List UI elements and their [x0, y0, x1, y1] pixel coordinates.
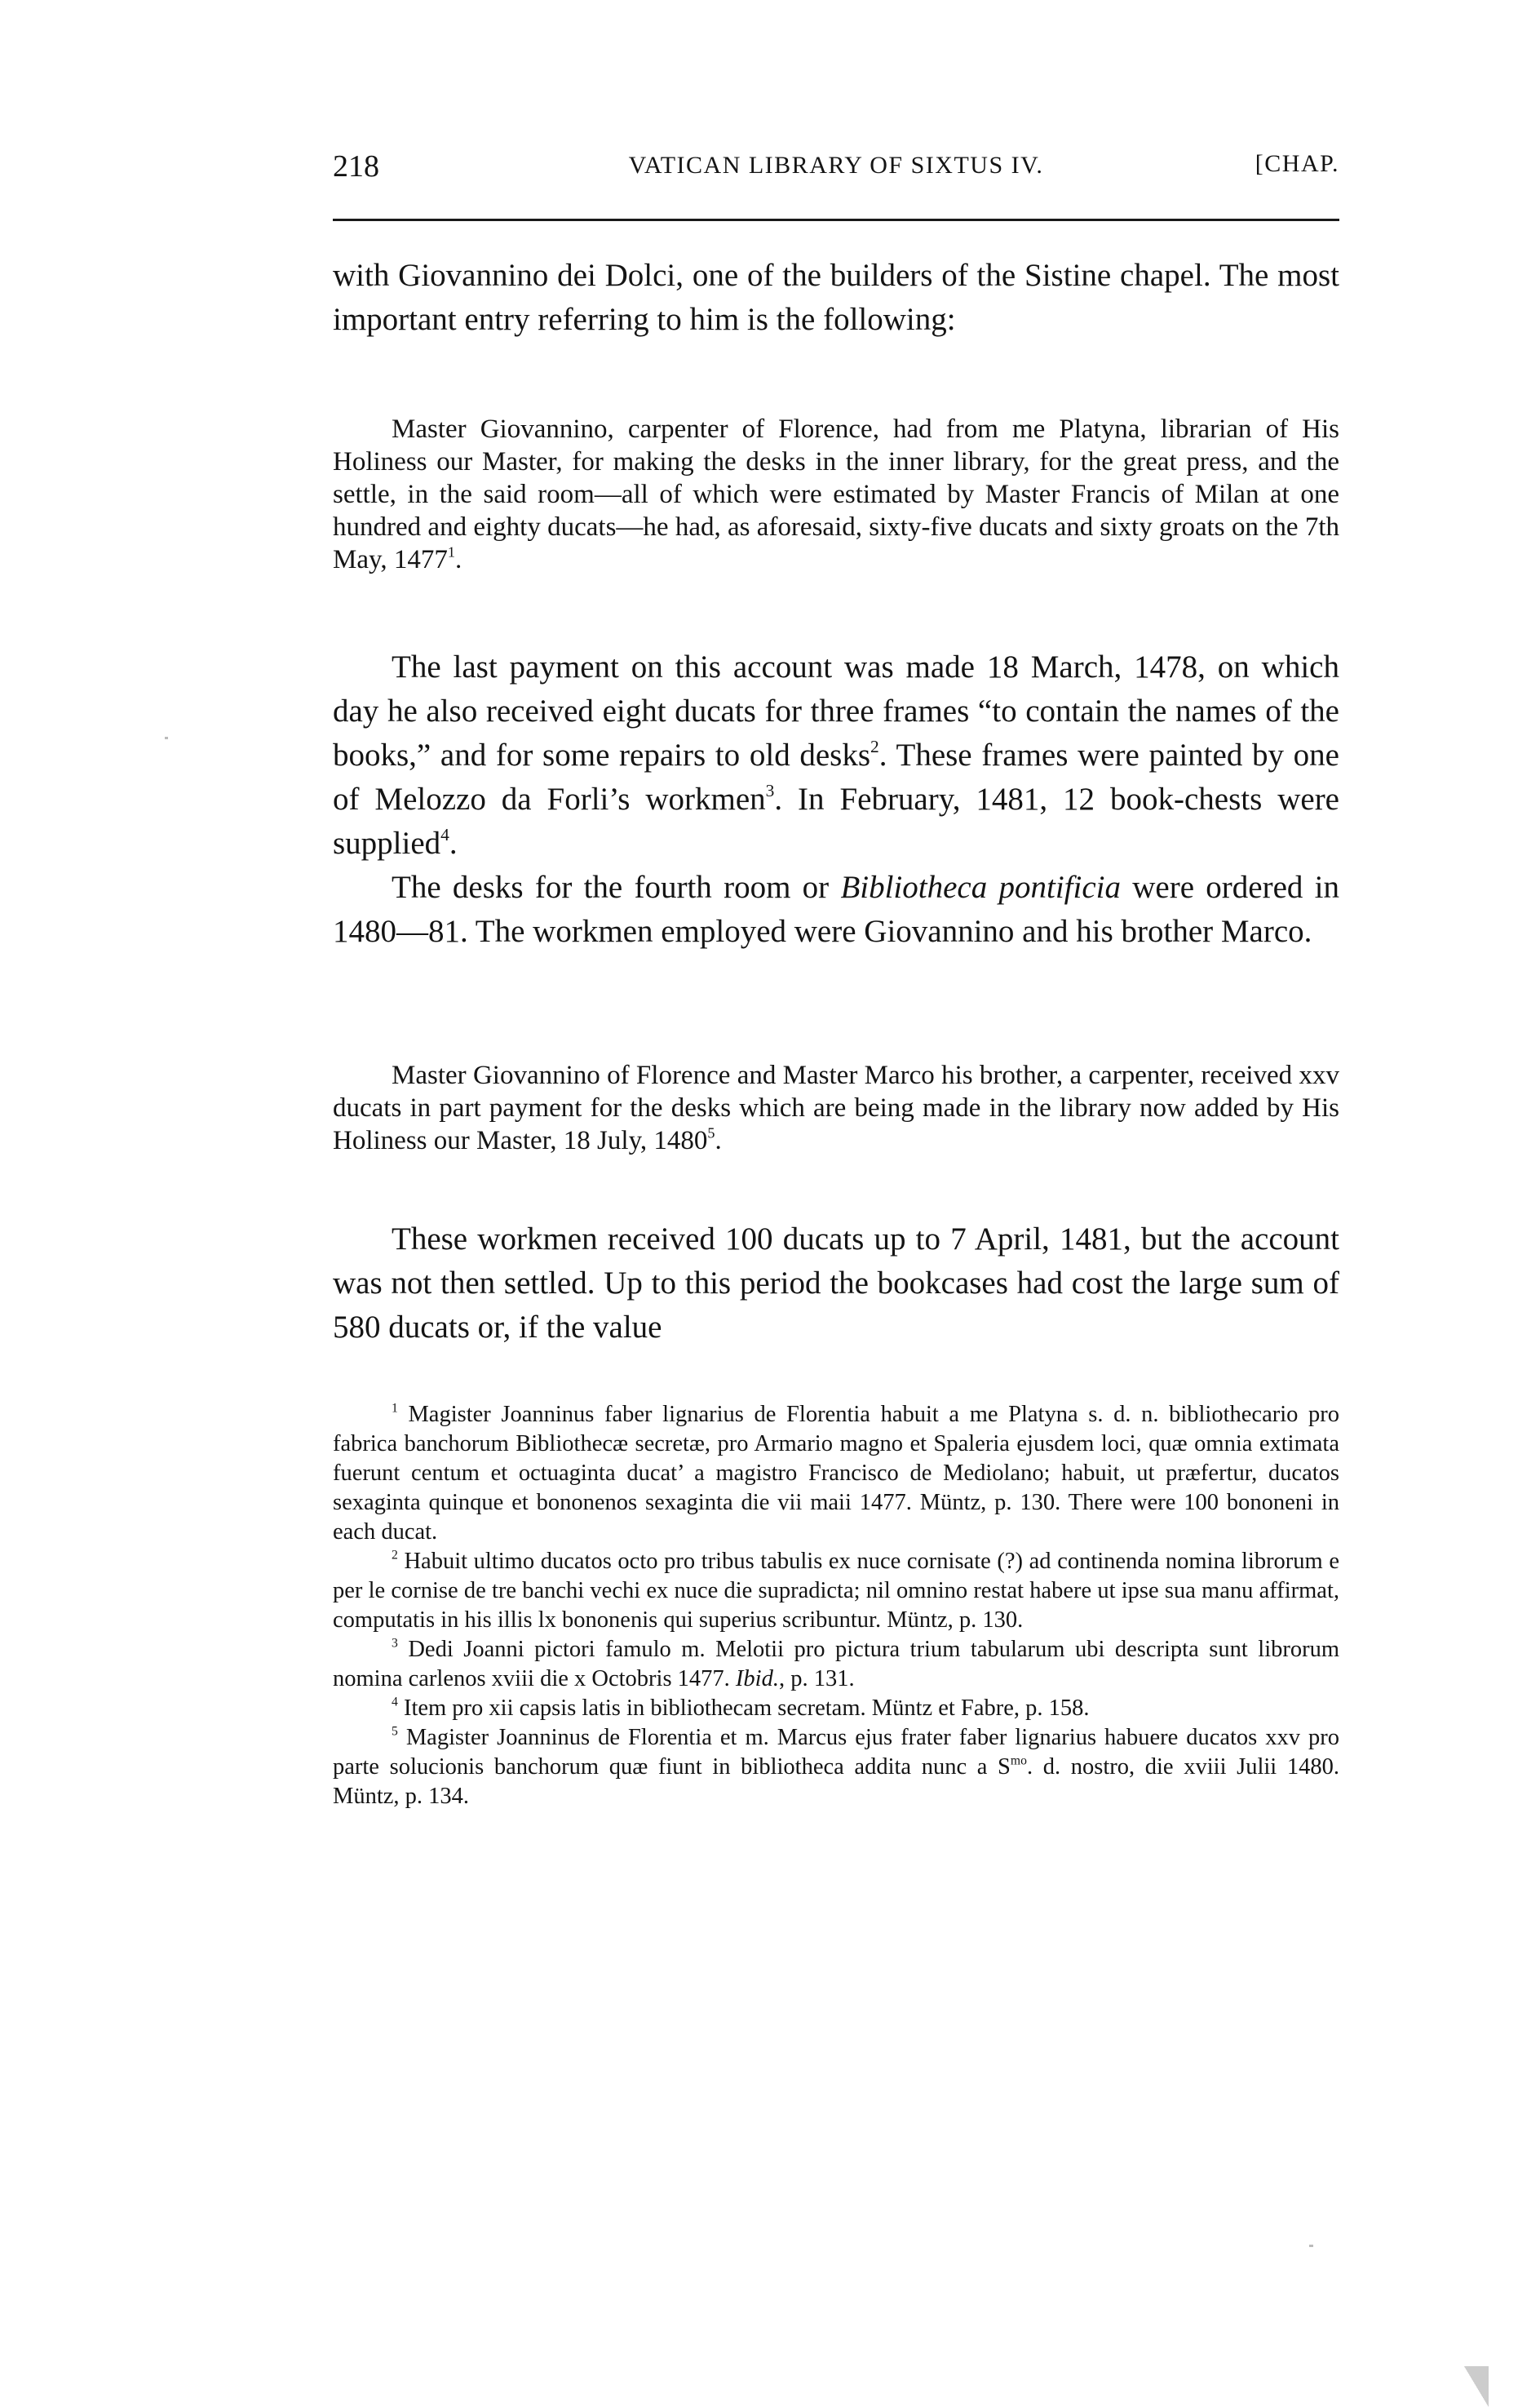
footnote-number: 4 — [392, 1695, 398, 1709]
header-rule — [333, 219, 1339, 221]
paragraph-4-text: These workmen received 100 ducats up to … — [333, 1217, 1339, 1350]
footnote-number: 5 — [392, 1724, 398, 1738]
running-title: Vatican Library of Sixtus IV. — [333, 152, 1339, 180]
footnote-number: 2 — [392, 1548, 398, 1562]
footnote-number: 3 — [392, 1636, 398, 1650]
paragraph-2: The last payment on this account was mad… — [333, 645, 1339, 954]
footnote-2: 2 Habuit ultimo ducatos octo pro tribus … — [333, 1547, 1339, 1635]
scan-corner-shadow — [1464, 2366, 1489, 2407]
scan-speck — [165, 737, 168, 739]
paragraph-2-text: The last payment on this account was mad… — [333, 645, 1339, 866]
footnote-ref-4[interactable]: 4 — [440, 825, 449, 844]
footnote-3: 3 Dedi Joanni pictori famulo m. Melotii … — [333, 1635, 1339, 1694]
paragraph-1: with Giovannino dei Dolci, one of the bu… — [333, 254, 1339, 342]
block-quote-1: Master Giovannino, carpenter of Florence… — [333, 413, 1339, 576]
scan-speck — [1309, 2245, 1313, 2247]
paragraph-1-text: with Giovannino dei Dolci, one of the bu… — [333, 254, 1339, 342]
block-quote-1-text: Master Giovannino, carpenter of Florence… — [333, 413, 1339, 576]
italic-title: Bibliotheca pontificia — [840, 870, 1121, 905]
paragraph-3-text: The desks for the fourth room or Bibliot… — [333, 866, 1339, 954]
footnote-5: 5 Magister Joanninus de Florentia et m. … — [333, 1723, 1339, 1811]
footnote-ref-2[interactable]: 2 — [870, 737, 879, 756]
footnote-ref-5[interactable]: 5 — [707, 1124, 715, 1141]
block-quote-2: Master Giovannino of Florence and Master… — [333, 1059, 1339, 1157]
footnote-number: 1 — [392, 1401, 398, 1415]
footnotes: 1 Magister Joanninus faber lignarius de … — [333, 1400, 1339, 1811]
paragraph-4: These workmen received 100 ducats up to … — [333, 1217, 1339, 1350]
footnote-ref-3[interactable]: 3 — [766, 781, 775, 800]
running-head: 218 Vatican Library of Sixtus IV. [Chap. — [333, 148, 1339, 194]
footnote-1: 1 Magister Joanninus faber lignarius de … — [333, 1400, 1339, 1547]
block-quote-2-text: Master Giovannino of Florence and Master… — [333, 1059, 1339, 1157]
footnote-4: 4 Item pro xii capsis latis in bibliothe… — [333, 1694, 1339, 1723]
chapter-marker: [Chap. — [1255, 150, 1339, 178]
footnote-ref-1[interactable]: 1 — [448, 543, 455, 560]
